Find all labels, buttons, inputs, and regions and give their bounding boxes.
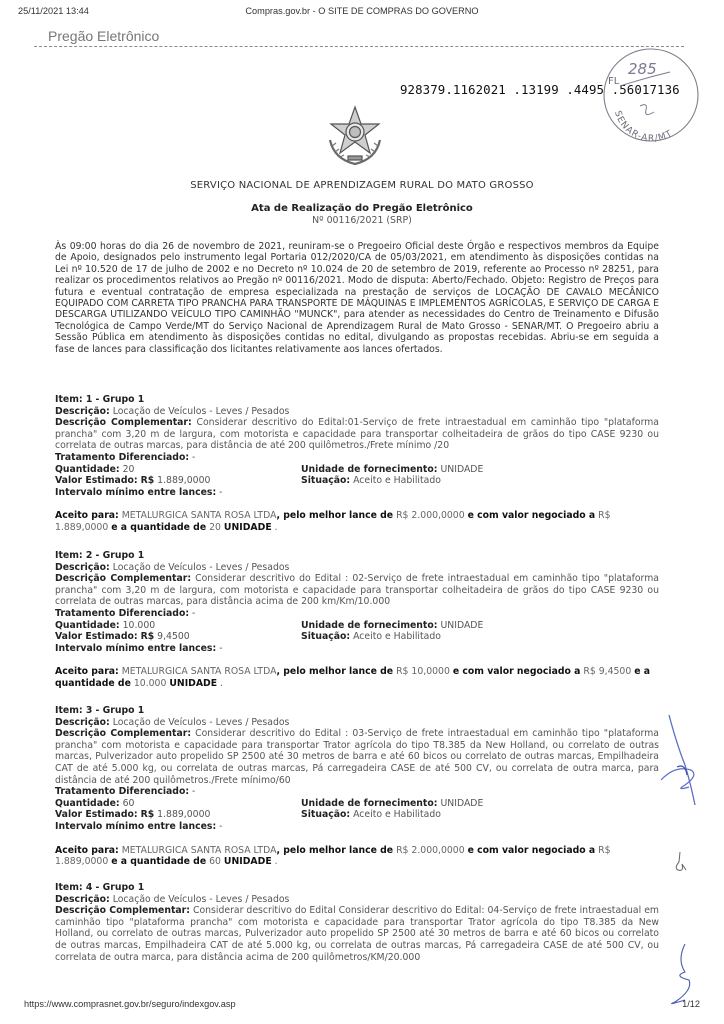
item-block: Item: 4 - Grupo 1 Descrição: Locação de … <box>55 882 659 963</box>
min-bid-interval-label: Intervalo mínimo entre lances: <box>55 821 216 832</box>
estimated-value: 1.889,0000 <box>157 475 210 486</box>
differentiated-treatment-value: - <box>192 608 195 619</box>
page-numbering-stamp-icon: FL 285 SENAR-AR/MT <box>600 44 702 146</box>
acceptance-statement: Aceito para: METALURGICA SANTA ROSA LTDA… <box>55 845 659 868</box>
estimated-value: 9,4500 <box>157 631 190 642</box>
negotiated-value: R$ 9,4500 <box>583 666 631 677</box>
status-label: Situação: <box>301 631 350 642</box>
description-label: Descrição: <box>55 562 110 573</box>
page-heading: Pregão Eletrônico <box>48 28 159 44</box>
complementary-description-label: Descrição Complementar: <box>55 573 191 584</box>
differentiated-treatment-label: Tratamento Diferenciado: <box>55 786 189 797</box>
document-number: Nº 00116/2021 (SRP) <box>0 215 724 226</box>
estimated-value-label: Valor Estimado: <box>55 631 138 642</box>
quantity-label: Quantidade: <box>55 798 120 809</box>
estimated-value-label: Valor Estimado: <box>55 475 138 486</box>
best-bid-label: , pelo melhor lance de <box>276 510 393 521</box>
final-quantity-value: 10.000 <box>134 678 167 689</box>
final-quantity-label: e a quantidade de <box>111 856 206 867</box>
item-title: Item: 4 - Grupo 1 <box>55 882 659 894</box>
unit-word: UNIDADE <box>224 856 272 867</box>
estimated-value-label: Valor Estimado: <box>55 809 138 820</box>
heading-divider <box>34 46 684 47</box>
best-bid-label: , pelo melhor lance de <box>276 845 393 856</box>
description-label: Descrição: <box>55 717 110 728</box>
min-bid-interval-label: Intervalo mínimo entre lances: <box>55 487 216 498</box>
description-value: Locação de Veículos - Leves / Pesados <box>113 406 290 417</box>
supply-unit-value: UNIDADE <box>440 620 483 631</box>
quantity-value: 10.000 <box>123 620 156 631</box>
description-label: Descrição: <box>55 406 110 417</box>
status-value: Aceito e Habilitado <box>353 809 441 820</box>
description-value: Locação de Veículos - Leves / Pesados <box>113 562 290 573</box>
estimated-value: 1.889,0000 <box>157 809 210 820</box>
accepted-for-label: Aceito para: <box>55 510 119 521</box>
statement-end: . <box>275 856 278 867</box>
brazil-coat-of-arms-icon <box>322 104 388 170</box>
min-bid-interval-value: - <box>219 487 222 498</box>
supplier-name: METALURGICA SANTA ROSA LTDA <box>122 845 277 856</box>
handwritten-signature-icon <box>655 705 715 815</box>
stamp-fl-label: FL <box>608 76 620 87</box>
item-title: Item: 1 - Grupo 1 <box>55 394 659 406</box>
item-block: Item: 3 - Grupo 1 Descrição: Locação de … <box>55 705 659 868</box>
best-bid-label: , pelo melhor lance de <box>276 666 393 677</box>
print-site-title: Compras.gov.br - O SITE DE COMPRAS DO GO… <box>0 6 724 16</box>
stamp-page-number: 285 <box>628 60 657 78</box>
unit-word: UNIDADE <box>169 678 217 689</box>
final-quantity-value: 60 <box>209 856 221 867</box>
min-bid-interval-value: - <box>219 643 222 654</box>
item-title: Item: 3 - Grupo 1 <box>55 705 659 717</box>
negotiated-value-label: e com valor negociado a <box>468 510 596 521</box>
final-quantity-value: 20 <box>209 522 221 533</box>
item-block: Item: 1 - Grupo 1 Descrição: Locação de … <box>55 394 659 534</box>
differentiated-treatment-label: Tratamento Diferenciado: <box>55 452 189 463</box>
currency-label: R$ <box>141 631 155 642</box>
best-bid-value: R$ 10,0000 <box>396 666 450 677</box>
supply-unit-label: Unidade de fornecimento: <box>301 798 437 809</box>
differentiated-treatment-value: - <box>192 452 195 463</box>
statement-end: . <box>275 522 278 533</box>
differentiated-treatment-label: Tratamento Diferenciado: <box>55 608 189 619</box>
page-indicator: 1/12 <box>682 999 700 1009</box>
currency-label: R$ <box>141 475 155 486</box>
status-label: Situação: <box>301 475 350 486</box>
quantity-label: Quantidade: <box>55 620 120 631</box>
print-header: 25/11/2021 13:44 Compras.gov.br - O SITE… <box>0 4 724 18</box>
item-block: Item: 2 - Grupo 1 Descrição: Locação de … <box>55 550 659 690</box>
status-value: Aceito e Habilitado <box>353 631 441 642</box>
min-bid-interval-value: - <box>219 821 222 832</box>
intro-paragraph: Às 09:00 horas do dia 26 de novembro de … <box>55 241 659 355</box>
supply-unit-label: Unidade de fornecimento: <box>301 464 437 475</box>
acceptance-statement: Aceito para: METALURGICA SANTA ROSA LTDA… <box>55 510 659 533</box>
footer-url: https://www.comprasnet.gov.br/seguro/ind… <box>24 999 236 1009</box>
quantity-label: Quantidade: <box>55 464 120 475</box>
svg-text:SENAR-AR/MT: SENAR-AR/MT <box>612 110 675 144</box>
best-bid-value: R$ 2.000,0000 <box>396 845 465 856</box>
description-label: Descrição: <box>55 894 110 905</box>
stamp-org-label: SENAR-AR/MT <box>612 110 675 144</box>
accepted-for-label: Aceito para: <box>55 666 119 677</box>
negotiated-value-label: e com valor negociado a <box>468 845 596 856</box>
status-label: Situação: <box>301 809 350 820</box>
min-bid-interval-label: Intervalo mínimo entre lances: <box>55 643 216 654</box>
description-value: Locação de Veículos - Leves / Pesados <box>113 717 290 728</box>
quantity-value: 20 <box>123 464 135 475</box>
final-quantity-label: e a quantidade de <box>111 522 206 533</box>
accepted-for-label: Aceito para: <box>55 845 119 856</box>
unit-word: UNIDADE <box>224 522 272 533</box>
initials-mark-icon <box>670 850 690 874</box>
supply-unit-label: Unidade de fornecimento: <box>301 620 437 631</box>
negotiated-value-label: e com valor negociado a <box>453 666 581 677</box>
organization-name: SERVIÇO NACIONAL DE APRENDIZAGEM RURAL D… <box>0 180 724 191</box>
complementary-description-label: Descrição Complementar: <box>55 417 192 428</box>
supply-unit-value: UNIDADE <box>440 798 483 809</box>
supplier-name: METALURGICA SANTA ROSA LTDA <box>122 666 277 677</box>
currency-label: R$ <box>141 809 155 820</box>
best-bid-value: R$ 2.000,0000 <box>396 510 465 521</box>
differentiated-treatment-value: - <box>192 786 195 797</box>
status-value: Aceito e Habilitado <box>353 475 441 486</box>
acceptance-statement: Aceito para: METALURGICA SANTA ROSA LTDA… <box>55 666 659 689</box>
description-value: Locação de Veículos - Leves / Pesados <box>113 894 290 905</box>
item-title: Item: 2 - Grupo 1 <box>55 550 659 562</box>
supply-unit-value: UNIDADE <box>440 464 483 475</box>
supplier-name: METALURGICA SANTA ROSA LTDA <box>122 510 277 521</box>
statement-end: . <box>220 678 223 689</box>
complementary-description-label: Descrição Complementar: <box>55 905 190 916</box>
quantity-value: 60 <box>123 798 135 809</box>
document-title: Ata de Realização do Pregão Eletrônico <box>0 203 724 214</box>
complementary-description-label: Descrição Complementar: <box>55 728 191 739</box>
